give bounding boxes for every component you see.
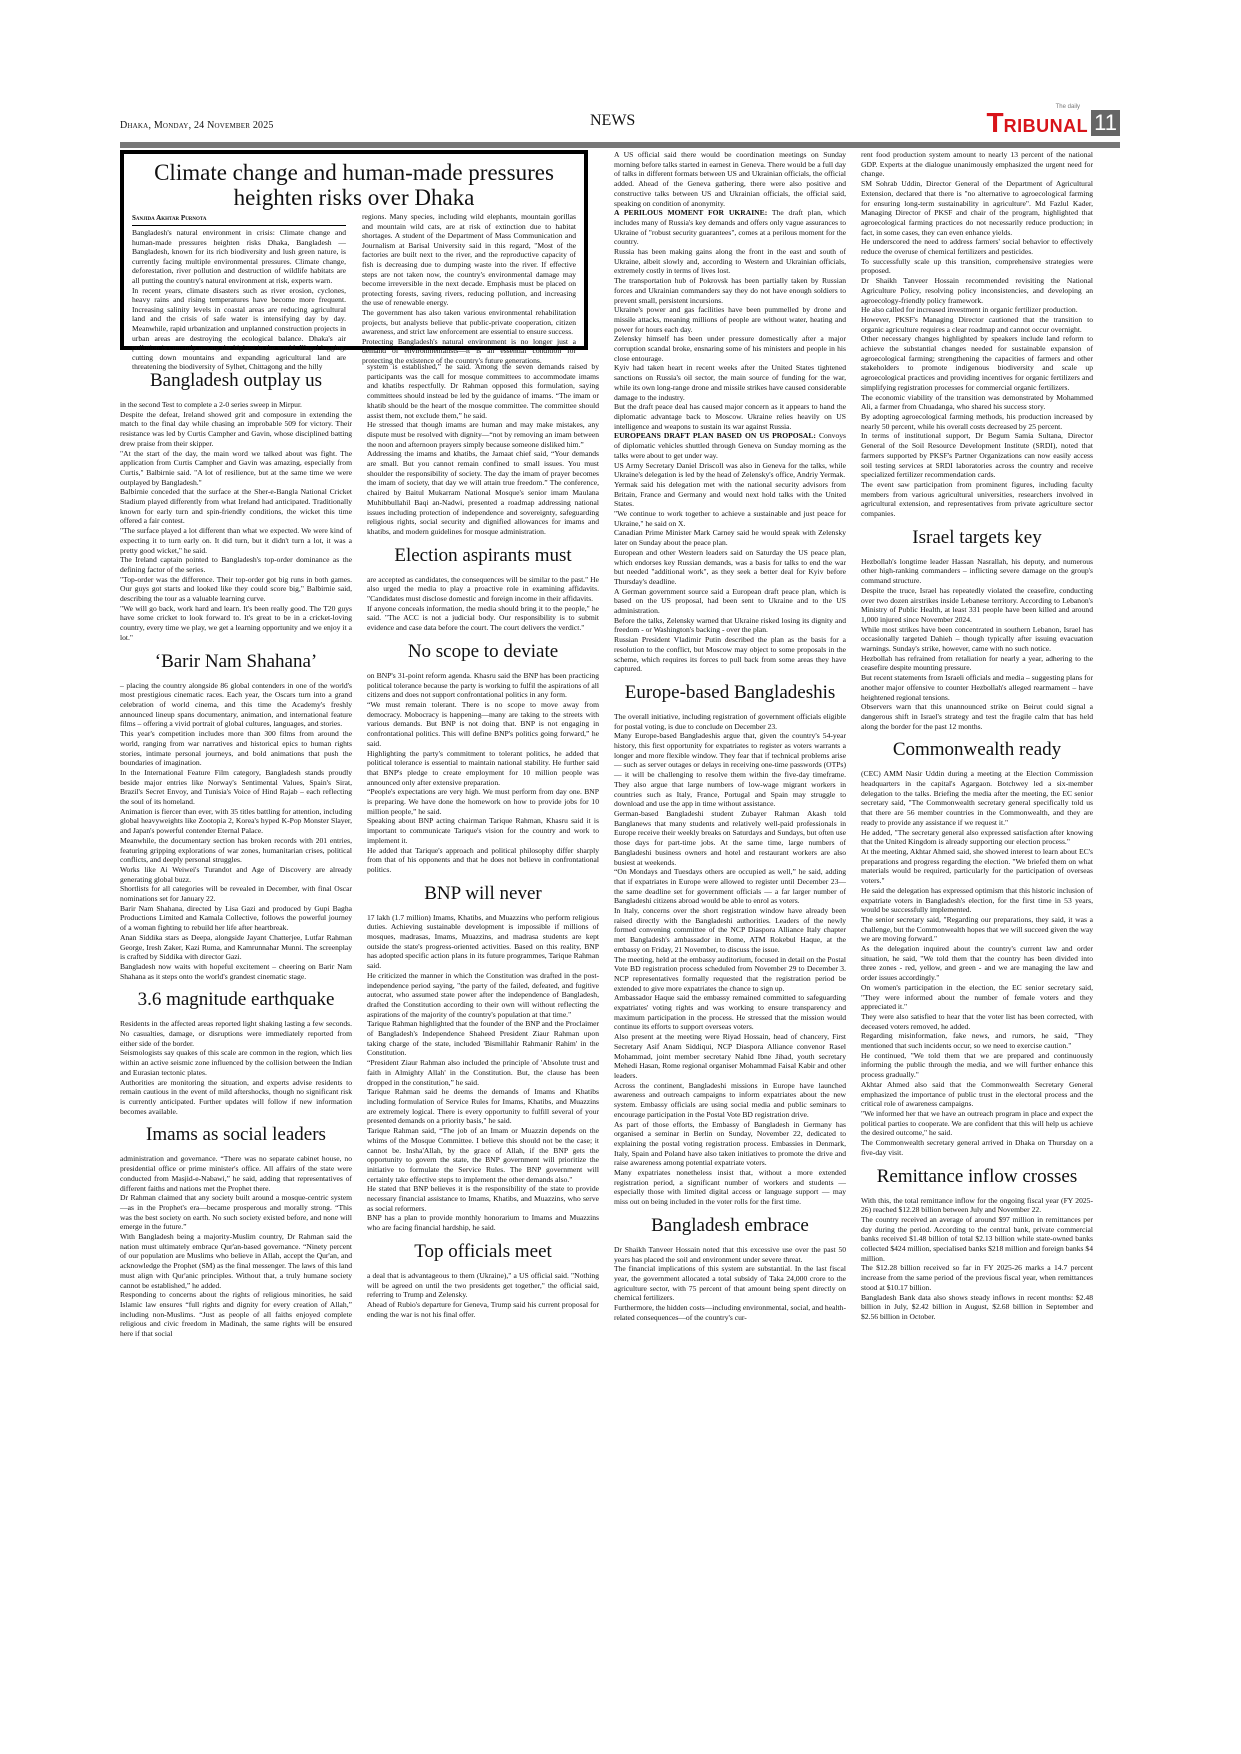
article-paragraph: Akhtar Ahmed also said that the Commonwe… [861,1080,1093,1109]
article-paragraph: He stressed that though imams are human … [367,420,599,449]
article-paragraph: The financial implications of this syste… [614,1264,846,1303]
article-paragraph: The economic viability of the transition… [861,393,1093,412]
article-paragraph: “On Mondays and Tuesdays others are occu… [614,867,846,906]
article-paragraph: Highlighting the party's commitment to t… [367,749,599,788]
article-paragraph: Zelensky himself has been under pressure… [614,334,846,363]
article-paragraph: European and other Western leaders said … [614,548,846,587]
article-paragraph: 17 lakh (1.7 million) Imams, Khatibs, an… [367,913,599,971]
article-paragraph: "The surface played a lot different than… [120,526,352,555]
article-headline: No scope to deviate [367,641,599,663]
feature-column-a: Bangladesh's natural environment in cris… [132,228,346,372]
article-paragraph: – placing the country alongside 86 globa… [120,681,352,730]
article-paragraph: administration and governance. “There wa… [120,1154,352,1193]
page-number: 11 [1091,110,1120,136]
article-paragraph: Balbirnie conceded that the surface at t… [120,487,352,526]
section-label: NEWS [590,112,635,130]
article-paragraph: By adopting agroecological farming metho… [861,412,1093,431]
article-paragraph: The overall initiative, including regist… [614,712,846,731]
article-paragraph: are accepted as candidates, the conseque… [367,575,599,604]
article-paragraph: He also called for increased investment … [861,305,1093,315]
newspaper-page: Dhaka, Monday, 24 November 2025 NEWS The… [120,100,1120,148]
article-paragraph: A PERILOUS MOMENT FOR UKRAINE: The draft… [614,208,846,247]
article-paragraph: Speaking about BNP acting chairman Tariq… [367,816,599,845]
article-paragraph: To successfully scale up this transition… [861,257,1093,276]
article-paragraph: on BNP's 31-point reform agenda. Khasru … [367,671,599,700]
article-headline: Election aspirants must [367,545,599,567]
article-headline: Remittance inflow crosses [861,1166,1093,1188]
article-paragraph: Many Europe-based Bangladeshis argue tha… [614,731,846,809]
article-paragraph: Barir Nam Shahana, directed by Lisa Gazi… [120,904,352,933]
article-paragraph: Other necessary changes highlighted by s… [861,334,1093,392]
article-paragraph: The senior secretary said, "Regarding ou… [861,915,1093,944]
article-paragraph: Ukraine's power and gas facilities have … [614,305,846,334]
article-paragraph: BNP has a plan to provide monthly honora… [367,1213,599,1232]
article-paragraph: With this, the total remittance inflow f… [861,1196,1093,1215]
article-paragraph: Dr Shaikh Tanveer Hossain recommended re… [861,276,1093,305]
article-paragraph: The $12.28 billion received so far in FY… [861,1263,1093,1292]
article-paragraph: In recent years, climate disasters such … [132,286,346,372]
article-paragraph: The government has also taken various en… [362,308,576,337]
article-paragraph: Authorities are monitoring the situation… [120,1078,352,1117]
article-paragraph: Ahead of Rubio's departure for Geneva, T… [367,1300,599,1319]
subhead-kicker: EUROPEANS DRAFT PLAN BASED ON US PROPOSA… [614,431,816,440]
article-paragraph: “President Ziaur Rahman also included th… [367,1058,599,1087]
article-headline: Commonwealth ready [861,739,1093,761]
article-paragraph: "We informed her that we have an outreac… [861,1109,1093,1138]
masthead: Dhaka, Monday, 24 November 2025 NEWS The… [120,100,1120,140]
article-paragraph: As the delegation inquired about the cou… [861,944,1093,983]
article-paragraph: Despite the truce, Israel has repeatedly… [861,586,1093,625]
article-headline: Israel targets key [861,527,1093,549]
article-paragraph: Tarique Rahman highlighted that the foun… [367,1019,599,1058]
dateline: Dhaka, Monday, 24 November 2025 [120,120,274,131]
article-paragraph: Animation is fiercer than ever, with 35 … [120,807,352,836]
article-paragraph: With Bangladesh being a majority-Muslim … [120,1232,352,1290]
article-paragraph: Observers warn that this unannounced str… [861,702,1093,731]
article-paragraph: Dr Shaikh Tanveer Hossain noted that thi… [614,1245,846,1264]
article-headline: Bangladesh outplay us [120,370,352,392]
article-paragraph: He underscored the need to address farme… [861,237,1093,256]
column-1: Bangladesh outplay usin the second Test … [120,362,352,1339]
article-paragraph: "At the start of the day, the main word … [120,449,352,488]
article-paragraph: Despite the defeat, Ireland showed grit … [120,410,352,449]
article-paragraph: Meanwhile, the documentary section has b… [120,836,352,865]
article-paragraph: Russia has been making gains along the f… [614,247,846,276]
article-paragraph: He stated that BNP believes it is the re… [367,1184,599,1213]
article-paragraph: Furthermore, the hidden costs—including … [614,1303,846,1322]
article-paragraph: The event saw participation from promine… [861,480,1093,519]
article-paragraph: system is established,” he said. Among t… [367,362,599,420]
article-paragraph: Shortlists for all categories will be re… [120,884,352,903]
article-paragraph: However, PKSF's Managing Director cautio… [861,315,1093,334]
article-paragraph: Before the talks, Zelensky warned that U… [614,616,846,635]
article-headline: Bangladesh embrace [614,1215,846,1237]
subhead-kicker: A PERILOUS MOMENT FOR UKRAINE: [614,208,767,217]
article-paragraph: At the meeting, Akhtar Ahmed said, she s… [861,847,1093,886]
article-paragraph: Bangladesh Bank data also shows steady i… [861,1293,1093,1322]
article-paragraph: Russian President Vladimir Putin describ… [614,635,846,674]
article-paragraph: EUROPEANS DRAFT PLAN BASED ON US PROPOSA… [614,431,846,460]
article-paragraph: Ambassador Haque said the embassy remain… [614,993,846,1032]
article-paragraph: They were also satisfied to hear that th… [861,1012,1093,1031]
article-paragraph: regions. Many species, including wild el… [362,212,576,308]
article-paragraph: "We continue to work together to achieve… [614,509,846,528]
article-paragraph: Addressing the imams and khatibs, the Ja… [367,449,599,536]
article-paragraph: (CEC) AMM Nasir Uddin during a meeting a… [861,769,1093,827]
article-paragraph: If anyone conceals information, the medi… [367,604,599,633]
article-paragraph: Bangladesh's natural environment in cris… [132,228,346,286]
article-paragraph: Seismologists say quakes of this scale a… [120,1048,352,1077]
article-paragraph: In terms of institutional support, Dr Be… [861,431,1093,480]
article-paragraph: A German government source said a Europe… [614,587,846,616]
masthead-rule [120,142,1120,148]
article-paragraph: Dr Rahman claimed that any society built… [120,1193,352,1232]
article-headline: Top officials meet [367,1241,599,1263]
article-headline: 3.6 magnitude earthquake [120,989,352,1011]
article-paragraph: But the draft peace deal has caused majo… [614,402,846,431]
article-paragraph: The transportation hub of Pokrovsk has b… [614,276,846,305]
article-paragraph: Anan Siddika stars as Deepa, alongside J… [120,933,352,962]
article-paragraph: A US official said there would be coordi… [614,150,846,208]
article-paragraph: a deal that is advantageous to them (Ukr… [367,1271,599,1300]
article-paragraph: Across the continent, Bangladeshi missio… [614,1081,846,1120]
article-paragraph: While most strikes have been concentrate… [861,625,1093,654]
article-paragraph: But recent statements from Israeli offic… [861,673,1093,702]
article-paragraph: The meeting, held at the embassy auditor… [614,955,846,994]
byline: Sanjida Akhtar Purnota [132,214,346,226]
article-paragraph: He added, "The secretary general also ex… [861,828,1093,847]
column-4: rent food production system amount to ne… [861,150,1093,1322]
article-paragraph: The country received an average of aroun… [861,1215,1093,1264]
article-paragraph: "We will go back, work hard and learn. I… [120,604,352,643]
logo-t-letter: T [987,110,1004,136]
article-headline: Imams as social leaders [120,1124,352,1146]
column-3: A US official said there would be coordi… [614,150,846,1322]
feature-headline: Climate change and human-made pressures … [132,160,576,210]
article-paragraph: rent food production system amount to ne… [861,150,1093,179]
article-paragraph: The Commonwealth secretary general arriv… [861,1138,1093,1157]
article-paragraph: Bangladesh now waits with hopeful excite… [120,962,352,981]
article-paragraph: He continued, "We told them that we are … [861,1051,1093,1080]
article-paragraph: Works like Ai Weiwei's Turandot and Age … [120,865,352,884]
article-paragraph: Tarique Rahman said he deems the demands… [367,1087,599,1126]
feature-box: Climate change and human-made pressures … [120,150,588,350]
article-paragraph: As part of those efforts, the Embassy of… [614,1120,846,1169]
article-paragraph: US Army Secretary Daniel Driscoll was al… [614,461,846,480]
logo-the-daily: The daily [1056,104,1080,110]
article-paragraph: Regarding misinformation, fake news, and… [861,1031,1093,1050]
article-paragraph: Responding to concerns about the rights … [120,1290,352,1339]
tribunal-logo: The daily T RIBUNAL 11 [987,106,1120,136]
article-headline: BNP will never [367,883,599,905]
article-paragraph: On women's participation in the election… [861,983,1093,1012]
article-paragraph: “We must remain tolerant. There is no sc… [367,700,599,749]
article-paragraph: Hezbollah's longtime leader Hassan Nasra… [861,557,1093,586]
article-paragraph: Kyiv had taken heart in recent weeks aft… [614,363,846,402]
article-paragraph: Canadian Prime Minister Mark Carney said… [614,528,846,547]
article-paragraph: He added that Tarique's approach and pol… [367,846,599,875]
article-paragraph: He criticized the manner in which the Co… [367,971,599,1020]
feature-column-b: regions. Many species, including wild el… [362,212,576,366]
article-paragraph: Hezbollah has refrained from retaliation… [861,654,1093,673]
article-paragraph: Many expatriates nonetheless insist that… [614,1168,846,1207]
article-paragraph: He said the delegation has expressed opt… [861,886,1093,915]
logo-wordmark: RIBUNAL [1004,116,1089,136]
article-paragraph: The Ireland captain pointed to Banglades… [120,555,352,574]
article-paragraph: Also present at the meeting were Riyad H… [614,1032,846,1081]
article-paragraph: In Italy, concerns over the short regist… [614,906,846,955]
article-paragraph: In the International Feature Film catego… [120,768,352,807]
article-paragraph: Residents in the affected areas reported… [120,1019,352,1048]
article-headline: Europe-based Bangladeshis [614,682,846,704]
article-paragraph: This year's competition includes more th… [120,729,352,768]
article-paragraph: Tarique Rahman said, “The job of an Imam… [367,1126,599,1184]
article-paragraph: Yermak said his delegation met with the … [614,480,846,509]
article-paragraph: "Top-order was the difference. Their top… [120,575,352,604]
article-paragraph: German-based Bangladeshi student Zubayer… [614,809,846,867]
article-paragraph: SM Sohrab Uddin, Director General of the… [861,179,1093,237]
article-paragraph: in the second Test to complete a 2-0 ser… [120,400,352,410]
article-headline: ‘Barir Nam Shahana’ [120,651,352,673]
article-paragraph: “People's expectations are very high. We… [367,787,599,816]
column-2: system is established,” he said. Among t… [367,362,599,1319]
